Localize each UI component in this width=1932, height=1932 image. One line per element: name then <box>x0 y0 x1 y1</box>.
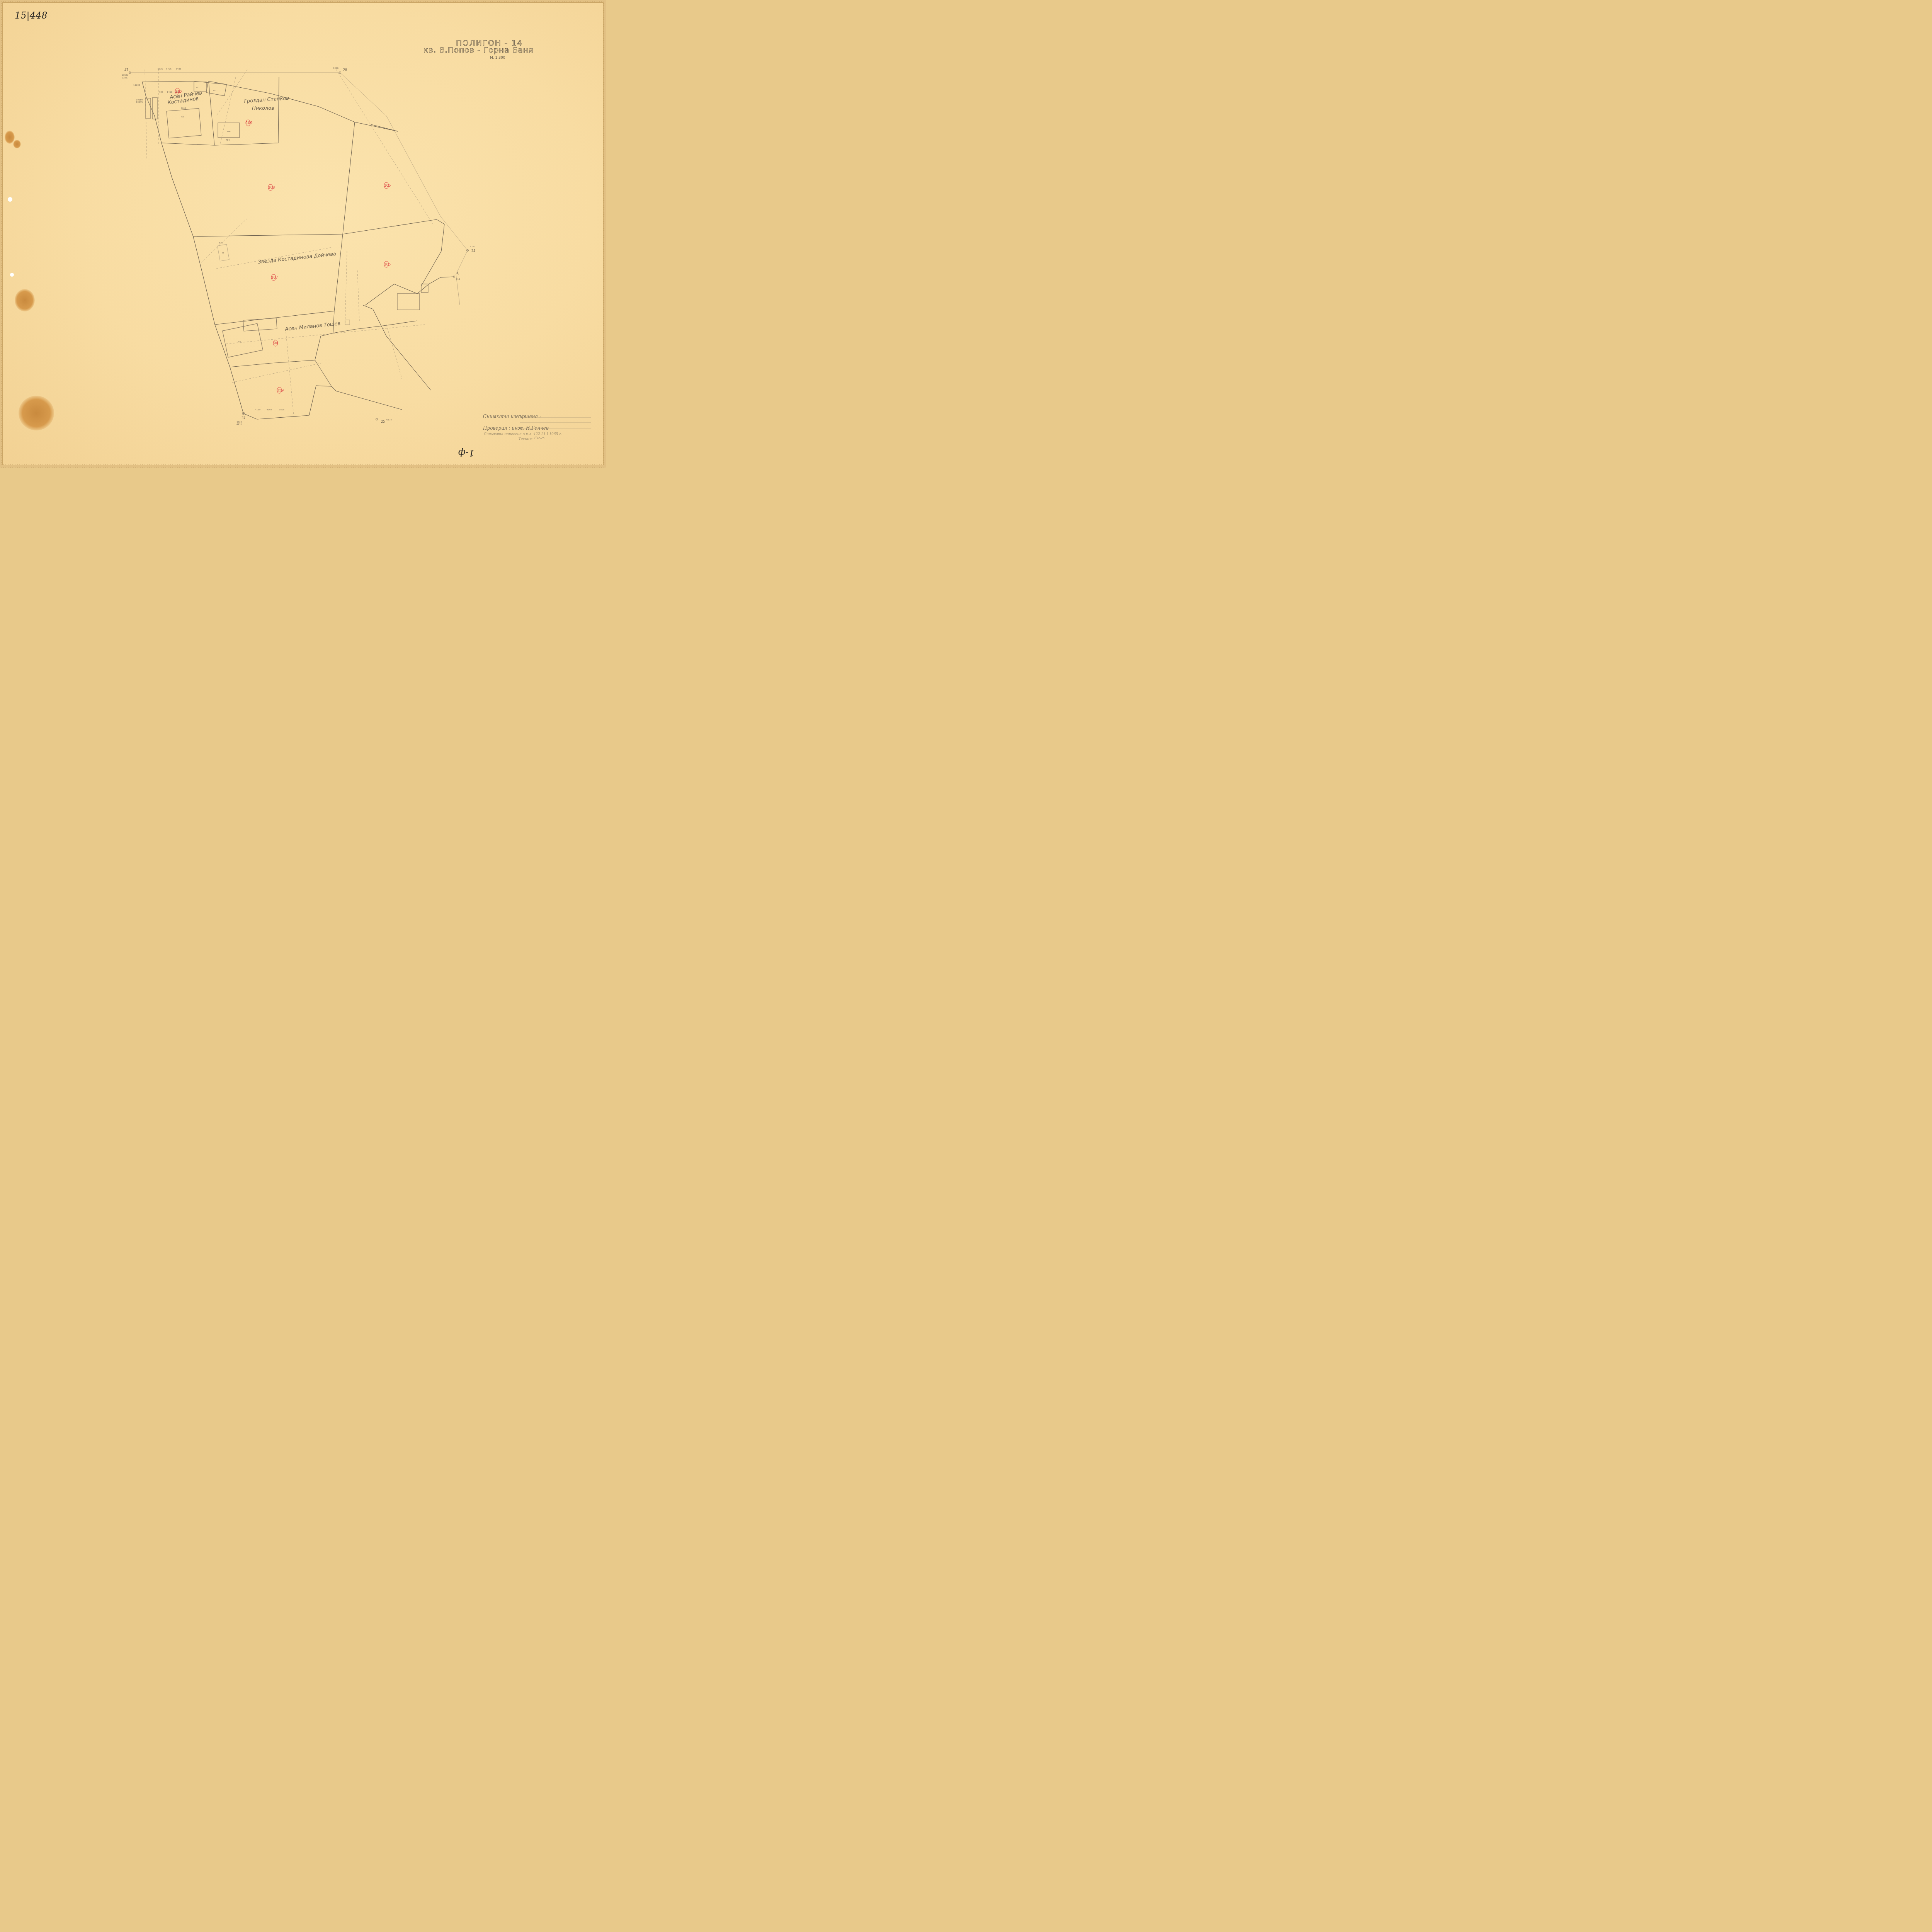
scale-label: М. 1:300 <box>490 56 505 60</box>
svg-text:108: 108 <box>268 186 275 190</box>
survey-points: 47 11562 11857 11202 10589 10575 5929 57… <box>122 67 475 426</box>
archive-number: 15|448 <box>15 10 47 21</box>
owner-names: Асен Райчев Костадинов Гроздан Станков Н… <box>167 90 340 332</box>
meas-11202: 11202 <box>133 84 140 87</box>
meas-923: 923 <box>159 91 163 94</box>
building-mzh-1 <box>167 108 201 138</box>
dim-748: 748 <box>234 355 238 357</box>
meas-4159: 4159 <box>255 409 260 411</box>
point-25: 25 <box>381 420 385 423</box>
svg-text:109: 109 <box>246 121 252 125</box>
point-24-meas: 4102 <box>470 246 475 248</box>
label-ps-1: пс <box>196 87 199 89</box>
owner-94: Асен Миланов Тошев <box>284 321 341 332</box>
label-shed: сб <box>222 252 224 254</box>
building-pzh <box>223 323 263 357</box>
point-47-coord-top: 11562 <box>122 74 129 77</box>
signature-block: Снимката извършена : Проверил : инж. Н.Г… <box>483 414 591 441</box>
svg-text:94: 94 <box>274 342 278 345</box>
dim-310: 310 <box>219 242 223 244</box>
parcel-numbers: 110 109 108 106 107 105 94 259 <box>175 88 391 393</box>
meas-5483: 5483 <box>176 68 181 70</box>
label-pzh: пж <box>238 341 241 343</box>
parcel-94: 94 <box>273 340 278 346</box>
building-ps-1 <box>194 82 206 91</box>
parcel-259: 259 <box>277 387 284 393</box>
point-47-coord-bottom: 11857 <box>122 77 129 79</box>
parcel-108: 108 <box>268 184 275 190</box>
meas-5929: 5929 <box>158 68 163 70</box>
building-tiny <box>345 320 350 325</box>
label-mzh-1: мж <box>181 116 184 118</box>
technician-label: Техник: <box>519 437 533 441</box>
technician-signature <box>534 437 545 439</box>
svg-text:107: 107 <box>271 276 278 280</box>
plotted-note: Снимката нанесена в к.л. 422-21 І 1965 г… <box>484 432 562 436</box>
meas-3815: 3815 <box>279 409 284 411</box>
point-28: 28 <box>343 68 347 72</box>
title-line-2: кв. В.Попов - Горна Баня <box>423 45 534 54</box>
point-28-meas: 6396 <box>333 67 338 70</box>
surveyed-by-label: Снимката извършена : <box>483 414 541 419</box>
parcel-106: 106 <box>384 182 391 189</box>
point-5: 5 <box>457 272 459 276</box>
parcel-105: 105 <box>384 261 391 267</box>
building-east-1 <box>397 294 420 310</box>
title-block: ПОЛИГОН - 14 кв. В.Попов - Горна Баня М.… <box>423 38 534 60</box>
label-mzh-2: мж <box>227 131 231 133</box>
point-5-meas: 016 <box>456 278 460 281</box>
meas-10575: 10575 <box>136 101 143 104</box>
building-small-west-2 <box>153 97 157 119</box>
parcel-boundaries <box>129 69 468 419</box>
parcel-107: 107 <box>271 274 278 281</box>
point-37-coord-bottom: 4435 <box>236 423 242 426</box>
point-47: 47 <box>124 68 128 72</box>
svg-text:106: 106 <box>384 184 391 188</box>
owner-107: Звезда Костадинова Дойчева <box>258 251 337 265</box>
dim-1012: 1012 <box>181 107 186 110</box>
building-pzh-2 <box>243 318 277 331</box>
point-37: 37 <box>241 417 245 420</box>
svg-text:259: 259 <box>277 389 284 393</box>
corner-mark: 1-ф <box>458 447 474 458</box>
building-mzh-2 <box>218 123 240 138</box>
owner-109-line1: Гроздан Станков <box>244 95 289 104</box>
survey-plan: 15|448 ПОЛИГОН - 14 кв. В.Попов - Горна … <box>0 0 606 468</box>
meas-1450: 1450 <box>167 91 172 94</box>
dim-764: 764 <box>226 139 230 141</box>
point-25-meas: 6178 <box>386 419 392 421</box>
meas-4004: 4004 <box>267 409 272 411</box>
buildings: пс пс мж мж сб пж 310 1012 748 764 <box>145 81 428 357</box>
parcel-109: 109 <box>246 120 252 126</box>
owner-109-line2: Николов <box>252 105 274 111</box>
point-24: 24 <box>471 249 475 253</box>
meas-5705: 5705 <box>166 68 172 70</box>
label-ps-2: пс <box>213 90 216 92</box>
svg-text:105: 105 <box>384 263 391 267</box>
